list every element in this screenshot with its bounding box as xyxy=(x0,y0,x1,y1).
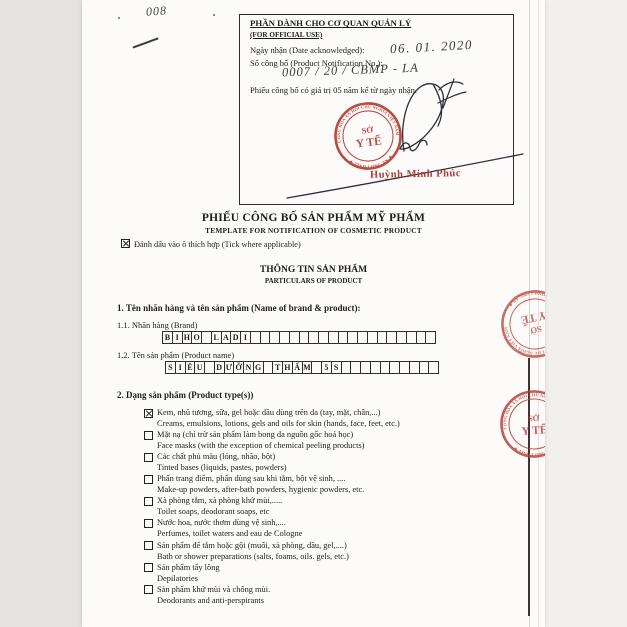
product-type-item: Sản phẩm để tắm hoặc gội (muối, xà phòng… xyxy=(144,540,536,562)
product-type-label-en: Tinted bases (liquids, pastes, powders) xyxy=(157,462,536,473)
scanned-document-canvas: 008 PHẦN DÀNH CHO CƠ QUAN QUẢN LÝ (FOR O… xyxy=(0,0,627,627)
product-type-list: Kem, nhũ tương, sữa, gel hoặc dầu dùng t… xyxy=(144,407,536,606)
product-type-label-vi: Sản phẩm tẩy lông xyxy=(157,562,536,573)
product-name-label: 1.2. Tên sản phẩm (Product name) xyxy=(117,350,234,360)
product-type-label-vi: Kem, nhũ tương, sữa, gel hoặc dầu dùng t… xyxy=(157,407,536,418)
product-type-checkbox xyxy=(144,453,153,462)
health-department-seal xyxy=(332,100,405,173)
product-type-item: Mặt nạ (chỉ trừ sản phẩm làm bong da ngu… xyxy=(144,429,536,451)
signer-name-stamp: Huỳnh Minh Phúc xyxy=(370,168,461,181)
product-type-checkbox xyxy=(144,585,153,594)
product-name-letter-boxes: SIÊUDƯỠNGTHẤM5S xyxy=(165,361,439,374)
product-type-label-vi: Phấn trang điểm, phấn dùng sau khi tắm, … xyxy=(157,473,536,484)
product-type-label-en: Deodorants and anti-perspirants xyxy=(157,595,536,606)
product-type-checkbox xyxy=(144,563,153,572)
brand-label: 1.1. Nhãn hàng (Brand) xyxy=(117,320,198,330)
product-type-checkbox xyxy=(144,519,153,528)
section1-heading: 1. Tên nhãn hàng và tên sản phẩm (Name o… xyxy=(117,303,360,313)
product-type-item: Phấn trang điểm, phấn dùng sau khi tắm, … xyxy=(144,473,536,495)
product-type-item: Kem, nhũ tương, sữa, gel hoặc dầu dùng t… xyxy=(144,407,536,429)
product-type-item: Các chất phủ màu (lỏng, nhão, bột) Tinte… xyxy=(144,451,536,473)
product-type-label-vi: Sản phẩm để tắm hoặc gội (muối, xà phòng… xyxy=(157,540,536,551)
scan-background-right xyxy=(545,0,627,627)
product-type-checkbox xyxy=(144,431,153,440)
tick-instruction: Đánh dấu vào ô thích hợp (Tick where app… xyxy=(121,239,301,249)
product-type-label-en: Creams, emulsions, lotions, gels and oil… xyxy=(157,418,536,429)
form-title-vi: PHIẾU CÔNG BỐ SẢN PHẨM MỸ PHẨM xyxy=(82,212,545,224)
product-type-label-vi: Nước hoa, nước thơm dùng vệ sinh,.... xyxy=(157,517,536,528)
product-type-label-en: Bath or shower preparations (salts, foam… xyxy=(157,551,536,562)
product-type-item: Sản phẩm khử mùi và chống mùi. Deodorant… xyxy=(144,584,536,606)
product-type-label-en: Perfumes, toilet waters and eau de Colog… xyxy=(157,528,536,539)
product-type-label-en: Depilatories xyxy=(157,573,536,584)
letter-cell xyxy=(425,331,436,344)
product-type-checkbox xyxy=(144,541,153,550)
brand-letter-boxes: BIHOLADI xyxy=(162,331,436,344)
tick-instruction-checkbox-icon xyxy=(121,239,130,248)
product-type-label-vi: Xà phòng tắm, xà phòng khử mùi,..... xyxy=(157,495,536,506)
edge-seal-upper xyxy=(496,285,545,363)
tick-instruction-label: Đánh dấu vào ô thích hợp (Tick where app… xyxy=(134,240,301,249)
product-type-checkbox xyxy=(144,409,153,418)
section2-heading: 2. Dạng sản phẩm (Product type(s)) xyxy=(117,390,253,400)
form-title-en: TEMPLATE FOR NOTIFICATION OF COSMETIC PR… xyxy=(82,226,545,235)
product-type-label-vi: Mặt nạ (chỉ trừ sản phẩm làm bong da ngu… xyxy=(157,429,536,440)
product-info-header-en: PARTICULARS OF PRODUCT xyxy=(82,277,545,285)
product-type-item: Xà phòng tắm, xà phòng khử mùi,..... Toi… xyxy=(144,495,536,517)
product-type-checkbox xyxy=(144,475,153,484)
product-type-label-en: Face masks (with the exception of chemic… xyxy=(157,440,536,451)
document-page: 008 PHẦN DÀNH CHO CƠ QUAN QUẢN LÝ (FOR O… xyxy=(82,0,545,627)
product-info-header-vi: THÔNG TIN SẢN PHẨM xyxy=(82,265,545,275)
product-type-item: Nước hoa, nước thơm dùng vệ sinh,.... Pe… xyxy=(144,517,536,539)
product-type-item: Sản phẩm tẩy lông Depilatories xyxy=(144,562,536,584)
product-type-label-vi: Các chất phủ màu (lỏng, nhão, bột) xyxy=(157,451,536,462)
letter-cell xyxy=(428,361,439,374)
product-type-checkbox xyxy=(144,497,153,506)
product-type-label-en: Toilet soaps, deodorant soaps, etc xyxy=(157,506,536,517)
product-type-label-en: Make-up powders, after-bath powders, hyg… xyxy=(157,484,536,495)
product-type-label-vi: Sản phẩm khử mùi và chống mùi. xyxy=(157,584,536,595)
signature xyxy=(287,84,523,198)
